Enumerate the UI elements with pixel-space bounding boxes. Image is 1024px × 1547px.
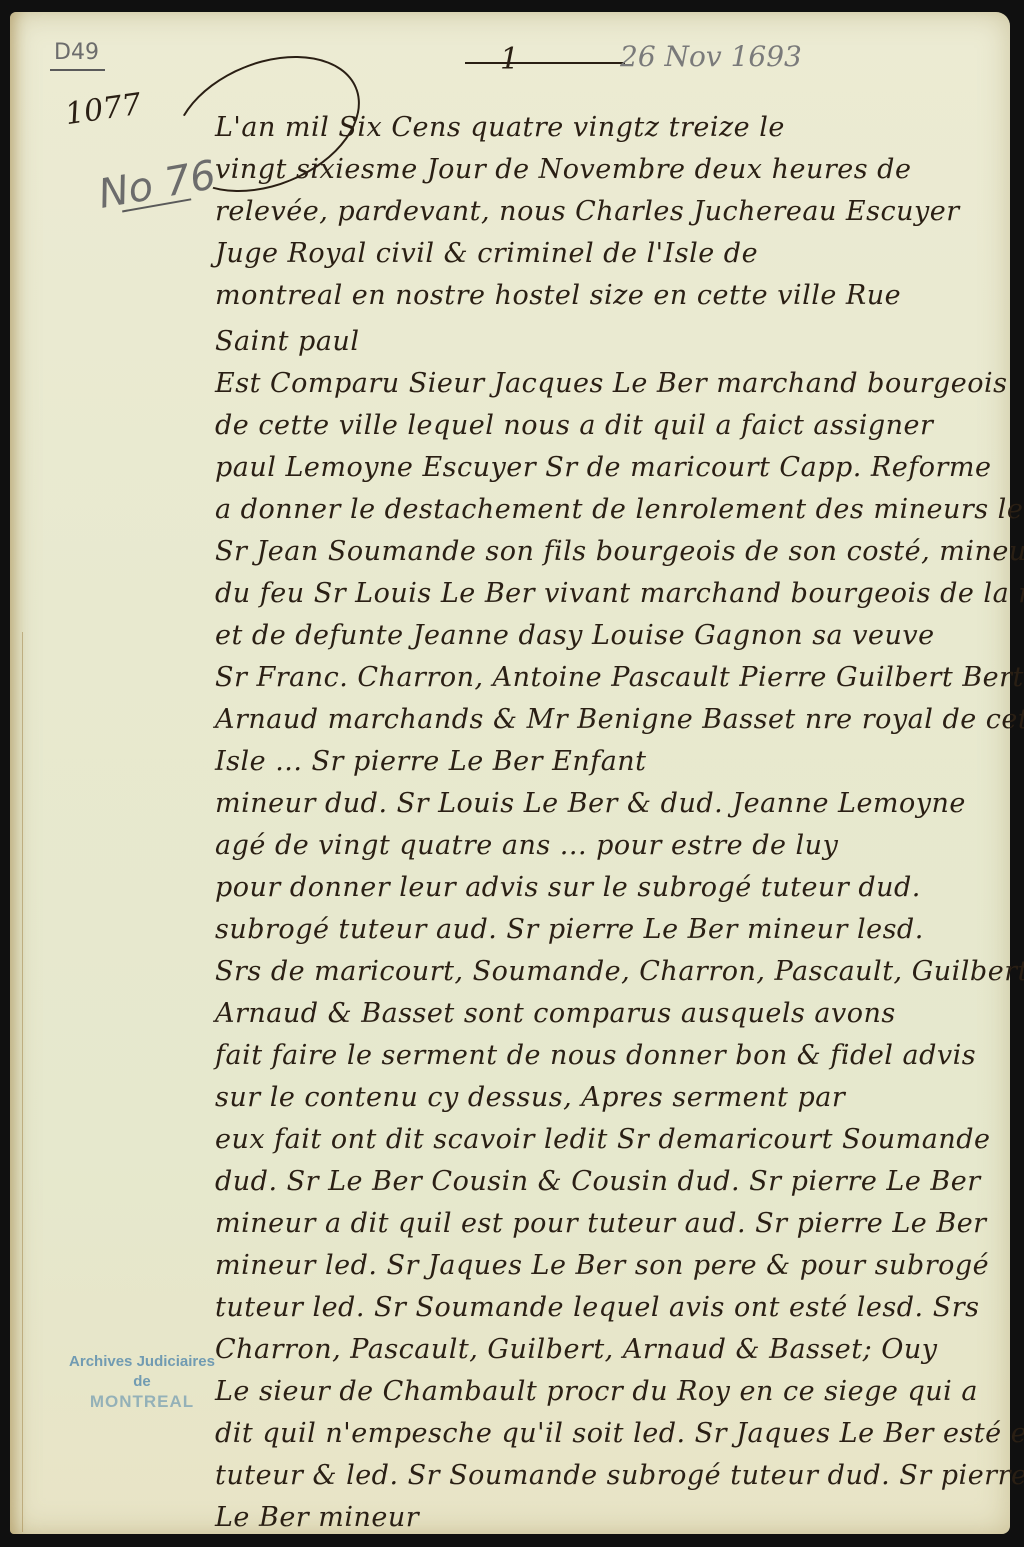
text-line: paul Lemoyne Escuyer Sr de maricourt Cap…: [215, 452, 991, 483]
text-line: mineur led. Sr Jaques Le Ber son pere & …: [215, 1250, 989, 1281]
page-number-rule: [465, 62, 625, 64]
text-line: Sr Jean Soumande son fils bourgeois de s…: [215, 536, 1024, 567]
stamp-line-1: Archives Judiciaires: [62, 1352, 222, 1372]
archive-id-label: D49: [50, 40, 105, 71]
text-line: Arnaud & Basset sont comparus ausquels a…: [215, 998, 896, 1029]
text-line: subrogé tuteur aud. Sr pierre Le Ber min…: [215, 914, 924, 945]
text-line: Le Ber mineur: [215, 1502, 419, 1533]
text-line: Isle ... Sr pierre Le Ber Enfant: [215, 746, 647, 777]
stamp-line-3: MONTREAL: [62, 1392, 222, 1412]
archive-stamp: Archives Judiciaires de MONTREAL: [62, 1352, 222, 1412]
text-line: de cette ville lequel nous a dit quil a …: [215, 410, 933, 441]
text-line: Sr Franc. Charron, Antoine Pascault Pier…: [215, 662, 1024, 693]
text-line: vingt sixiesme Jour de Novembre deux heu…: [215, 154, 911, 185]
text-line: dud. Sr Le Ber Cousin & Cousin dud. Sr p…: [215, 1166, 981, 1197]
text-line: Arnaud marchands & Mr Benigne Basset nre…: [215, 704, 1024, 735]
text-line: a donner le destachement de lenrolement …: [215, 494, 1024, 525]
text-line: relevée, pardevant, nous Charles Juchere…: [215, 196, 960, 227]
text-line: Juge Royal civil & criminel de l'Isle de: [215, 238, 758, 269]
text-line: L'an mil Six Cens quatre vingtz treize l…: [215, 112, 785, 143]
folio-mark: 1077: [63, 87, 143, 132]
text-line: montreal en nostre hostel size en cette …: [215, 280, 901, 311]
text-line: mineur a dit quil est pour tuteur aud. S…: [215, 1208, 987, 1239]
stamp-line-2: de: [62, 1372, 222, 1392]
page-number: 1: [500, 42, 519, 77]
text-line: sur le contenu cy dessus, Apres serment …: [215, 1082, 845, 1113]
text-line: agé de vingt quatre ans ... pour estre d…: [215, 830, 838, 861]
text-line: eux fait ont dit scavoir ledit Sr demari…: [215, 1124, 991, 1155]
manuscript-page: D49 1077 No 76 1 26 Nov 1693 L'an mil Si…: [10, 12, 1010, 1534]
text-line: Est Comparu Sieur Jacques Le Ber marchan…: [215, 368, 1008, 399]
text-line: mineur dud. Sr Louis Le Ber & dud. Jeann…: [215, 788, 966, 819]
text-line: Le sieur de Chambault procr du Roy en ce…: [215, 1376, 978, 1407]
text-line: Saint paul: [215, 326, 359, 357]
text-line: pour donner leur advis sur le subrogé tu…: [215, 872, 921, 903]
text-line: fait faire le serment de nous donner bon…: [215, 1040, 976, 1071]
pencil-date-annotation: 26 Nov 1693: [620, 40, 802, 73]
text-line: et de defunte Jeanne dasy Louise Gagnon …: [215, 620, 935, 651]
text-line: Charron, Pascault, Guilbert, Arnaud & Ba…: [215, 1334, 938, 1365]
text-line: Srs de maricourt, Soumande, Charron, Pas…: [215, 956, 1024, 987]
text-line: du feu Sr Louis Le Ber vivant marchand b…: [215, 578, 1024, 609]
text-line: tuteur & led. Sr Soumande subrogé tuteur…: [215, 1460, 1024, 1491]
text-line: dit quil n'empesche qu'il soit led. Sr J…: [215, 1418, 1024, 1449]
text-line: tuteur led. Sr Soumande lequel avis ont …: [215, 1292, 979, 1323]
